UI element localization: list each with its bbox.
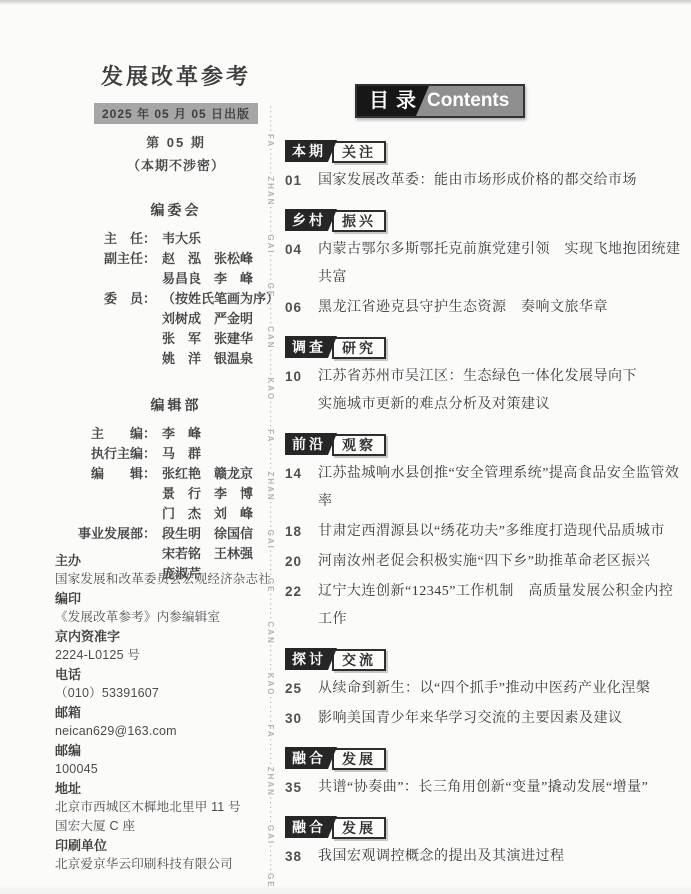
toc-item-line: 国家发展改革委：能由市场形成价格的都交给市场 xyxy=(318,167,685,195)
editorial-dept-heading: 编辑部 xyxy=(60,395,292,415)
toc-item: 10江苏省苏州市吴江区：生态绿色一体化发展导向下实施城市更新的难点分析及对策建议 xyxy=(285,363,685,419)
publisher-value: 国宏大厦 C 座 xyxy=(55,817,280,836)
toc-item-line: 黑龙江省逊克县守护生态资源 奏响文旅华章 xyxy=(318,294,685,322)
toc-item-line: 影响美国青少年来华学习交流的主要因素及建议 xyxy=(318,705,685,733)
toc-item-page: 01 xyxy=(285,167,318,195)
toc-item-line: 河南汝州老促会积极实施“四下乡”助推革命老区振兴 xyxy=(318,548,685,576)
toc-item-page: 22 xyxy=(285,578,318,634)
toc-item: 01国家发展改革委：能由市场形成价格的都交给市场 xyxy=(285,167,685,195)
publisher-value: 100045 xyxy=(55,760,280,779)
publisher-entry: 地址北京市西城区木樨地北里甲 11 号国宏大厦 C 座 xyxy=(55,779,280,836)
publisher-value: 北京市西城区木樨地北里甲 11 号 xyxy=(55,798,280,817)
toc-item-line: 共谱“协奏曲”：长三角用创新“变量”撬动发展“增量” xyxy=(318,774,685,802)
magazine-toc-page: 发展改革参考 2025 年 05 月 05 日出版 第 05 期 （本期不涉密）… xyxy=(0,0,691,894)
toc-item: 04内蒙古鄂尔多斯鄂托克前旗党建引领 实现飞地抱团统建共富 xyxy=(285,236,685,292)
toc-item-page: 38 xyxy=(285,843,318,871)
section-tag-left: 本期 xyxy=(285,140,337,162)
toc-item-page: 10 xyxy=(285,363,318,419)
vertical-pinyin-divider: ······FA······ZHAN······GAI······GE·····… xyxy=(261,106,275,888)
toc-item-page: 35 xyxy=(285,774,318,802)
role-label: 主 编： xyxy=(60,424,156,444)
issue-number: 第 05 期 xyxy=(60,132,292,151)
role-row: 副主任：赵 泓 张松峰易昌良 李 峰 xyxy=(60,249,292,289)
section-tag-right: 观察 xyxy=(332,434,386,456)
classification-note: （本期不涉密） xyxy=(60,155,292,174)
section-tag: 乡村振兴 xyxy=(285,209,386,232)
role-label: 编 辑： xyxy=(60,464,156,524)
section-tag-left: 融合 xyxy=(285,816,337,838)
toc-item-title: 辽宁大连创新“12345”工作机制 高质量发展公积金内控工作 xyxy=(318,578,685,634)
toc-section: 融合发展38我国宏观调控概念的提出及其演进过程 xyxy=(285,816,685,871)
toc-section: 探讨交流25从续命到新生：以“四个抓手”推动中医药产业化涅槃30影响美国青少年来… xyxy=(285,648,685,733)
section-tag-right: 关注 xyxy=(332,141,386,163)
section-tag: 调查研究 xyxy=(285,336,386,359)
publisher-value: 北京爱京华云印刷科技有限公司 xyxy=(55,855,280,874)
publisher-entry: 电话（010）53391607 xyxy=(55,665,280,703)
publisher-label: 京内资准字 xyxy=(55,627,280,646)
role-row: 编 辑：张红艳 赣龙京景 行 李 博门 杰 刘 峰 xyxy=(60,464,292,524)
contents-title-zh: 目录 xyxy=(357,86,429,116)
toc-sections: 本期关注01国家发展改革委：能由市场形成价格的都交给市场乡村振兴04内蒙古鄂尔多… xyxy=(285,140,685,871)
toc-item-line: 我国宏观调控概念的提出及其演进过程 xyxy=(318,843,685,871)
publisher-value: 2224-L0125 号 xyxy=(55,646,280,665)
toc-item-title: 内蒙古鄂尔多斯鄂托克前旗党建引领 实现飞地抱团统建共富 xyxy=(318,236,685,292)
role-label: 委 员： xyxy=(60,289,156,369)
toc-section: 本期关注01国家发展改革委：能由市场形成价格的都交给市场 xyxy=(285,140,685,195)
publisher-value: neican629@163.com xyxy=(55,722,280,741)
publish-date-badge: 2025 年 05 月 05 日出版 xyxy=(94,103,258,124)
toc-item-line: 甘肃定西渭源县以“绣花功夫”多维度打造现代品质城市 xyxy=(318,518,685,546)
editorial-board-heading: 编委会 xyxy=(60,200,292,220)
section-tag-left: 乡村 xyxy=(285,209,337,231)
toc-item-title: 影响美国青少年来华学习交流的主要因素及建议 xyxy=(318,705,685,733)
section-tag-right: 研究 xyxy=(332,337,386,359)
section-tag-left: 探讨 xyxy=(285,648,337,670)
role-label: 副主任： xyxy=(60,249,156,289)
toc-section: 前沿观察14江苏盐城响水县创推“安全管理系统”提高食品安全监管效率18甘肃定西渭… xyxy=(285,433,685,634)
toc-item-page: 18 xyxy=(285,518,318,546)
toc-item: 25从续命到新生：以“四个抓手”推动中医药产业化涅槃 xyxy=(285,675,685,703)
toc-item-line: 实施城市更新的难点分析及对策建议 xyxy=(318,391,685,419)
left-column: 发展改革参考 2025 年 05 月 05 日出版 第 05 期 （本期不涉密）… xyxy=(60,60,292,584)
toc-item: 20河南汝州老促会积极实施“四下乡”助推革命老区振兴 xyxy=(285,548,685,576)
toc-item: 18甘肃定西渭源县以“绣花功夫”多维度打造现代品质城市 xyxy=(285,518,685,546)
toc-item-title: 河南汝州老促会积极实施“四下乡”助推革命老区振兴 xyxy=(318,548,685,576)
toc-item: 38我国宏观调控概念的提出及其演进过程 xyxy=(285,843,685,871)
toc-item-page: 04 xyxy=(285,236,318,292)
section-tag-right: 振兴 xyxy=(332,210,386,232)
publisher-entry: 印刷单位北京爱京华云印刷科技有限公司 xyxy=(55,836,280,874)
toc-item-title: 从续命到新生：以“四个抓手”推动中医药产业化涅槃 xyxy=(318,675,685,703)
toc-item: 30影响美国青少年来华学习交流的主要因素及建议 xyxy=(285,705,685,733)
section-tag: 融合发展 xyxy=(285,747,386,770)
contents-title-en: Contents xyxy=(421,86,523,116)
toc-item-line: 江苏省苏州市吴江区：生态绿色一体化发展导向下 xyxy=(318,363,685,391)
editorial-board-rows: 主 任：韦大乐副主任：赵 泓 张松峰易昌良 李 峰委 员：（按姓氏笔画为序）刘树… xyxy=(60,229,292,369)
publisher-label: 地址 xyxy=(55,779,280,798)
toc-item-title: 国家发展改革委：能由市场形成价格的都交给市场 xyxy=(318,167,685,195)
publisher-value: （010）53391607 xyxy=(55,684,280,703)
publisher-label: 电话 xyxy=(55,665,280,684)
toc-section: 乡村振兴04内蒙古鄂尔多斯鄂托克前旗党建引领 实现飞地抱团统建共富06黑龙江省逊… xyxy=(285,209,685,322)
section-tag-left: 调查 xyxy=(285,336,337,358)
toc-section: 调查研究10江苏省苏州市吴江区：生态绿色一体化发展导向下实施城市更新的难点分析及… xyxy=(285,336,685,419)
role-label: 主 任： xyxy=(60,229,156,249)
contents-header: 目录 Contents xyxy=(355,84,525,118)
toc-item: 14江苏盐城响水县创推“安全管理系统”提高食品安全监管效率 xyxy=(285,460,685,516)
role-row: 执行主编：马 群 xyxy=(60,444,292,464)
contents-column: 目录 Contents 本期关注01国家发展改革委：能由市场形成价格的都交给市场… xyxy=(285,84,685,885)
toc-item-title: 黑龙江省逊克县守护生态资源 奏响文旅华章 xyxy=(318,294,685,322)
toc-item-page: 14 xyxy=(285,460,318,516)
publisher-label: 主办 xyxy=(55,551,280,570)
publisher-label: 印刷单位 xyxy=(55,836,280,855)
toc-item-line: 江苏盐城响水县创推“安全管理系统”提高食品安全监管效率 xyxy=(318,460,685,516)
section-tag: 探讨交流 xyxy=(285,648,386,671)
publisher-entry: 邮箱neican629@163.com xyxy=(55,703,280,741)
publisher-value: 《发展改革参考》内参编辑室 xyxy=(55,608,280,627)
toc-item-page: 20 xyxy=(285,548,318,576)
section-tag-right: 交流 xyxy=(332,649,386,671)
publisher-value: 国家发展和改革委员会宏观经济杂志社 xyxy=(55,570,280,589)
toc-item-title: 甘肃定西渭源县以“绣花功夫”多维度打造现代品质城市 xyxy=(318,518,685,546)
toc-item-title: 共谱“协奏曲”：长三角用创新“变量”撬动发展“增量” xyxy=(318,774,685,802)
role-row: 委 员：（按姓氏笔画为序）刘树成 严金明张 军 张建华姚 洋 银温泉 xyxy=(60,289,292,369)
publisher-info-block: 主办国家发展和改革委员会宏观经济杂志社编印《发展改革参考》内参编辑室京内资准字2… xyxy=(55,551,280,874)
toc-item-title: 江苏省苏州市吴江区：生态绿色一体化发展导向下实施城市更新的难点分析及对策建议 xyxy=(318,363,685,419)
toc-item: 22辽宁大连创新“12345”工作机制 高质量发展公积金内控工作 xyxy=(285,578,685,634)
toc-item-line: 从续命到新生：以“四个抓手”推动中医药产业化涅槃 xyxy=(318,675,685,703)
toc-item-title: 我国宏观调控概念的提出及其演进过程 xyxy=(318,843,685,871)
role-row: 主 编：李 峰 xyxy=(60,424,292,444)
section-tag: 本期关注 xyxy=(285,140,386,163)
role-row: 主 任：韦大乐 xyxy=(60,229,292,249)
publisher-label: 邮箱 xyxy=(55,703,280,722)
section-tag-right: 发展 xyxy=(332,748,386,770)
section-tag: 融合发展 xyxy=(285,816,386,839)
toc-item-title: 江苏盐城响水县创推“安全管理系统”提高食品安全监管效率 xyxy=(318,460,685,516)
magazine-title: 发展改革参考 xyxy=(60,60,292,91)
toc-section: 融合发展35共谱“协奏曲”：长三角用创新“变量”撬动发展“增量” xyxy=(285,747,685,802)
section-tag: 前沿观察 xyxy=(285,433,386,456)
section-tag-left: 前沿 xyxy=(285,433,337,455)
section-tag-left: 融合 xyxy=(285,747,337,769)
toc-item: 06黑龙江省逊克县守护生态资源 奏响文旅华章 xyxy=(285,294,685,322)
section-tag-right: 发展 xyxy=(332,817,386,839)
toc-item-line: 辽宁大连创新“12345”工作机制 高质量发展公积金内控工作 xyxy=(318,578,685,634)
publisher-entry: 主办国家发展和改革委员会宏观经济杂志社 xyxy=(55,551,280,589)
publisher-label: 编印 xyxy=(55,589,280,608)
toc-item: 35共谱“协奏曲”：长三角用创新“变量”撬动发展“增量” xyxy=(285,774,685,802)
publisher-label: 邮编 xyxy=(55,741,280,760)
toc-item-page: 06 xyxy=(285,294,318,322)
publisher-entry: 邮编100045 xyxy=(55,741,280,779)
toc-item-page: 30 xyxy=(285,705,318,733)
role-label: 执行主编： xyxy=(60,444,156,464)
toc-item-line: 内蒙古鄂尔多斯鄂托克前旗党建引领 实现飞地抱团统建共富 xyxy=(318,236,685,292)
toc-item-page: 25 xyxy=(285,675,318,703)
publisher-entry: 京内资准字2224-L0125 号 xyxy=(55,627,280,665)
publisher-entry: 编印《发展改革参考》内参编辑室 xyxy=(55,589,280,627)
